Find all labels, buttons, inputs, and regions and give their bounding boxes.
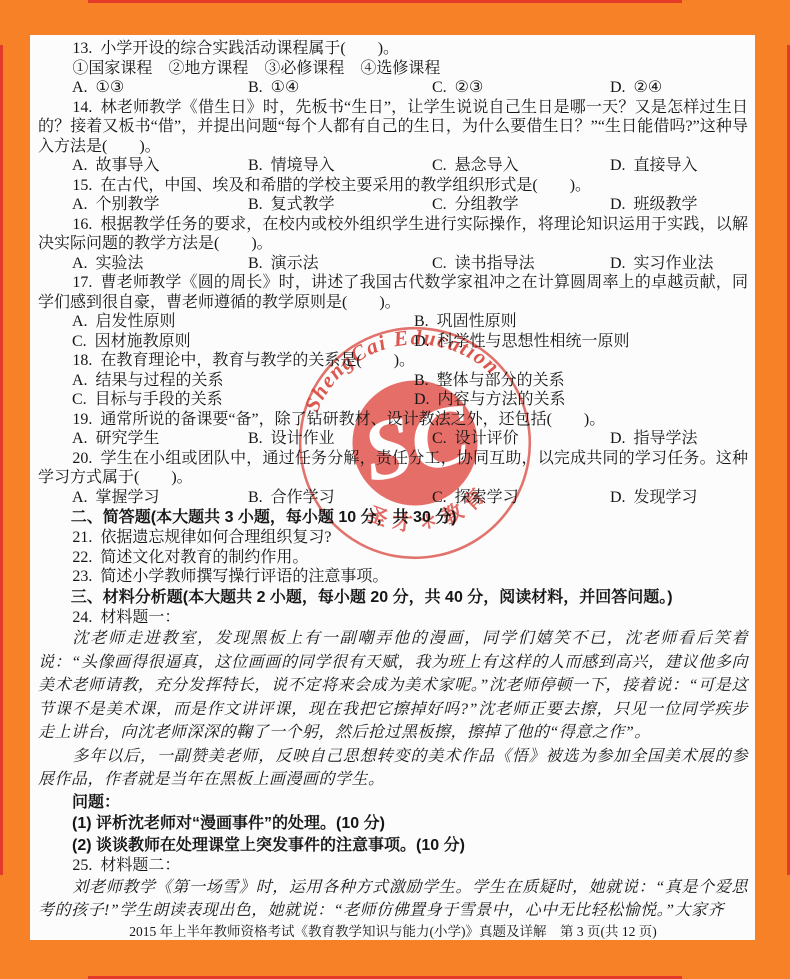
option-15-c: C. 分组教学 xyxy=(432,195,610,215)
exam-page: ShengCai Education 圣才✽教育 SC 13. 小学开设的综合实… xyxy=(30,35,755,940)
option-19-c: C. 设计评价 xyxy=(432,429,610,449)
question-24-subquestion-2: (2) 谈谈教师在处理课堂上突发事件的注意事项。(10 分) xyxy=(38,835,748,857)
option-19-d: D. 指导学法 xyxy=(610,429,748,449)
question-18-stem: 18. 在教育理论中，教育与教学的关系是( )。 xyxy=(38,351,748,371)
option-15-a: A. 个别教学 xyxy=(72,195,248,215)
option-14-d: D. 直接导入 xyxy=(610,156,748,176)
question-21: 21. 依据遗忘规律如何合理组织复习? xyxy=(38,528,748,548)
exam-content: 13. 小学开设的综合实践活动课程属于( )。 ①国家课程 ②地方课程 ③必修课… xyxy=(30,35,755,940)
option-15-d: D. 班级教学 xyxy=(610,195,748,215)
option-15-b: B. 复式教学 xyxy=(248,195,432,215)
question-25-label: 25. 材料题二： xyxy=(38,856,748,876)
question-14-options: A. 故事导入 B. 情境导入 C. 悬念导入 D. 直接导入 xyxy=(38,156,748,176)
option-16-b: B. 演示法 xyxy=(248,254,432,274)
option-18-d: D. 内容与方法的关系 xyxy=(414,390,748,410)
question-14-stem: 14. 林老师教学《借生日》时，先板书“生日”，让学生说说自己生日是哪一天？又是… xyxy=(38,98,748,157)
option-19-b: B. 设计作业 xyxy=(248,429,432,449)
option-20-a: A. 掌握学习 xyxy=(72,488,248,508)
option-20-c: C. 探索学习 xyxy=(432,488,610,508)
question-16-options: A. 实验法 B. 演示法 C. 读书指导法 D. 实习作业法 xyxy=(38,254,748,274)
option-14-c: C. 悬念导入 xyxy=(432,156,610,176)
option-18-c: C. 目标与手段的关系 xyxy=(72,390,414,410)
question-20-stem: 20. 学生在小组或团队中，通过任务分解，责任分工，协同互助，以完成共同的学习任… xyxy=(38,449,748,488)
question-15-stem: 15. 在古代，中国、埃及和希腊的学校主要采用的教学组织形式是( )。 xyxy=(38,176,748,196)
option-17-b: B. 巩固性原则 xyxy=(414,312,748,332)
question-13-numbered-items: ①国家课程 ②地方课程 ③必修课程 ④选修课程 xyxy=(38,59,748,79)
question-23: 23. 简述小学教师撰写操行评语的注意事项。 xyxy=(38,567,748,587)
question-17-options: A. 启发性原则 B. 巩固性原则 C. 因材施教原则 D. 科学性与思想性相统… xyxy=(38,312,748,351)
question-24-material-paragraph-2: 多年以后，一副赞美老师，反映自己思想转变的美术作品《悟》被选为参加全国美术展的参… xyxy=(38,745,748,792)
option-13-d: D. ②④ xyxy=(610,78,748,98)
option-14-a: A. 故事导入 xyxy=(72,156,248,176)
question-25-material-paragraph-1: 刘老师教学《第一场雪》时，运用各种方式激励学生。学生在质疑时，她就说：“真是个爱… xyxy=(38,876,748,923)
option-16-d: D. 实习作业法 xyxy=(610,254,748,274)
option-14-b: B. 情境导入 xyxy=(248,156,432,176)
red-edge-top xyxy=(88,0,682,3)
section-3-heading: 三、材料分析题(本大题共 2 小题，每小题 20 分，共 40 分，阅读材料，并… xyxy=(38,587,748,608)
option-18-a: A. 结果与过程的关系 xyxy=(72,371,414,391)
option-20-b: B. 合作学习 xyxy=(248,488,432,508)
option-17-a: A. 启发性原则 xyxy=(72,312,414,332)
question-13-options: A. ①③ B. ①④ C. ②③ D. ②④ xyxy=(38,78,748,98)
question-22: 22. 简述文化对教育的制约作用。 xyxy=(38,548,748,568)
option-13-c: C. ②③ xyxy=(432,78,610,98)
orange-border-frame: ShengCai Education 圣才✽教育 SC 13. 小学开设的综合实… xyxy=(0,0,790,979)
question-16-stem: 16. 根据教学任务的要求，在校内或校外组织学生进行实际操作，将理论知识运用于实… xyxy=(38,215,748,254)
option-13-b: B. ①④ xyxy=(248,78,432,98)
option-19-a: A. 研究学生 xyxy=(72,429,248,449)
section-2-heading: 二、简答题(本大题共 3 小题，每小题 10 分，共 30 分) xyxy=(38,507,748,528)
option-16-a: A. 实验法 xyxy=(72,254,248,274)
question-15-options: A. 个别教学 B. 复式教学 C. 分组教学 D. 班级教学 xyxy=(38,195,748,215)
question-19-stem: 19. 通常所说的备课要“备”，除了钻研教材、设计教法之外，还包括( )。 xyxy=(38,410,748,430)
option-17-d: D. 科学性与思想性相统一原则 xyxy=(414,332,748,352)
question-17-stem: 17. 曹老师教学《圆的周长》时，讲述了我国古代数学家祖冲之在计算圆周率上的卓越… xyxy=(38,273,748,312)
question-24-problems-label: 问题： xyxy=(38,792,748,814)
option-18-b: B. 整体与部分的关系 xyxy=(414,371,748,391)
question-20-options: A. 掌握学习 B. 合作学习 C. 探索学习 D. 发现学习 xyxy=(38,488,748,508)
question-18-options: A. 结果与过程的关系 B. 整体与部分的关系 C. 目标与手段的关系 D. 内… xyxy=(38,371,748,410)
option-13-a: A. ①③ xyxy=(72,78,248,98)
page-footer: 2015 年上半年教师资格考试《教育教学知识与能力(小学)》真题及详解 第 3 … xyxy=(38,923,748,941)
question-24-subquestion-1: (1) 评析沈老师对“漫画事件”的处理。(10 分) xyxy=(38,813,748,835)
option-16-c: C. 读书指导法 xyxy=(432,254,610,274)
question-19-options: A. 研究学生 B. 设计作业 C. 设计评价 D. 指导学法 xyxy=(38,429,748,449)
question-13-stem: 13. 小学开设的综合实践活动课程属于( )。 xyxy=(38,39,748,59)
red-edge-left xyxy=(0,45,3,875)
question-24-label: 24. 材料题一： xyxy=(38,608,748,628)
question-24-material-paragraph-1: 沈老师走进教室，发现黑板上有一副嘲弄他的漫画，同学们嬉笑不已，沈老师看后笑着说：… xyxy=(38,627,748,745)
option-20-d: D. 发现学习 xyxy=(610,488,748,508)
option-17-c: C. 因材施教原则 xyxy=(72,332,414,352)
